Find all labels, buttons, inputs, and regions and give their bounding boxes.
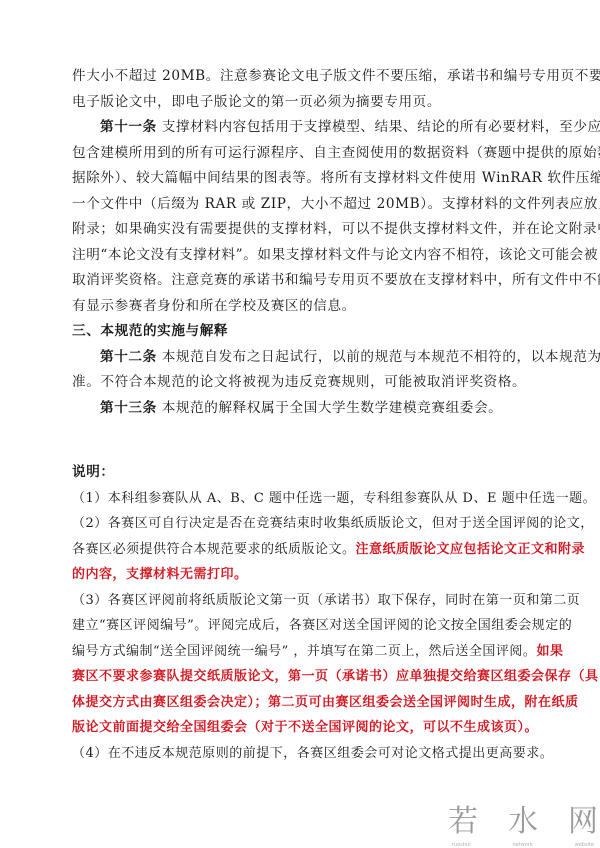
highlight-text: 注意纸质版论文应包括论文正文和附录 bbox=[356, 542, 586, 557]
article11-line-1: 第十一条 支撑材料内容包括用于支撑模型、结果、结论的所有必要材料，至少应 bbox=[72, 115, 534, 141]
article11-line-4: 一个文件中（后缀为 RAR 或 ZIP，大小不超过 20MB）。支撑材料的文件列… bbox=[72, 192, 534, 218]
article12-label: 第十二条 bbox=[100, 349, 157, 365]
section10-tail-line-2: 电子版论文中，即电子版论文的第一页必须为摘要专用页。 bbox=[72, 90, 534, 116]
watermark-char-1: 若 bbox=[448, 796, 478, 840]
note-item-3-line-3: 编号方式编制“送全国评阅统一编号” ，并填写在第二页上，然后送全国评阅。如果 bbox=[72, 639, 534, 665]
watermark-sub-1: ruoshui bbox=[452, 842, 471, 848]
document-page: 件大小不超过 20MB。注意参赛论文电子版文件不要压缩，承诺书和编号专用页不要放… bbox=[72, 64, 534, 766]
article12-line-2: 准。不符合本规范的论文将被视为违反竞赛规则，可能被取消评奖资格。 bbox=[72, 370, 534, 396]
highlight-text: 如果 bbox=[536, 644, 563, 659]
article13-label: 第十三条 bbox=[100, 400, 157, 416]
watermark-sub-3: website bbox=[575, 842, 594, 848]
spacer bbox=[72, 421, 534, 446]
article11-label: 第十一条 bbox=[100, 119, 157, 135]
article11-line-2: 包含建模所用到的所有可运行源程序、自主查阅使用的数据资料（赛题中提供的原始数 bbox=[72, 141, 534, 167]
note-item-3-line-2: 建立“赛区评阅编号”。评阅完成后，各赛区对送全国评阅的论文按全国组委会规定的 bbox=[72, 613, 534, 639]
note-item-1: （1）本科组参赛队从 A、B、C 题中任选一题，专科组参赛队从 D、E 题中任选… bbox=[72, 486, 534, 512]
note-item-2-line-3: 的内容，支撑材料无需打印。 bbox=[72, 562, 534, 588]
note-item-4: （4）在不违反本规范原则的前提下，各赛区组委会可对论文格式提出更高要求。 bbox=[72, 741, 534, 767]
note-item-3-line-6: 版论文前面提交给全国组委会（对于不送全国评阅的论文，可以不生成该页）。 bbox=[72, 715, 534, 741]
article11-line-5: 附录；如果确实没有需要提供的支撑材料，可以不提供支撑材料文件，并在论文附录中 bbox=[72, 217, 534, 243]
note-item-2-line-2: 各赛区必须提供符合本规范要求的纸质版论文。注意纸质版论文应包括论文正文和附录 bbox=[72, 537, 534, 563]
notes-title: 说明： bbox=[72, 460, 534, 486]
article11-line-7: 取消评奖资格。注意竞赛的承诺书和编号专用页不要放在支撑材料中，所有文件中不能 bbox=[72, 268, 534, 294]
article11-line-8: 有显示参赛者身份和所在学校及赛区的信息。 bbox=[72, 294, 534, 320]
note-item-3-line-4: 赛区不要求参赛队提交纸质版论文，第一页（承诺书）应单独提交给赛区组委会保存（具 bbox=[72, 664, 534, 690]
watermark-char-3: 网 bbox=[568, 796, 598, 840]
note-item-3-line-1: （3）各赛区评阅前将纸质版论文第一页（承诺书）取下保存，同时在第一页和第二页 bbox=[72, 588, 534, 614]
watermark-sub-2: network bbox=[512, 842, 532, 848]
watermark-char-2: 水 bbox=[508, 796, 538, 840]
article12-line-1: 第十二条 本规范自发布之日起试行，以前的规范与本规范不相符的，以本规范为 bbox=[72, 345, 534, 371]
article11-line-3: 据除外）、较大篇幅中间结果的图表等。将所有支撑材料文件使用 WinRAR 软件压… bbox=[72, 166, 534, 192]
note-item-3-line-5: 体提交方式由赛区组委会决定）；第二页可由赛区组委会送全国评阅时生成，附在纸质 bbox=[72, 690, 534, 716]
article13-line: 第十三条 本规范的解释权属于全国大学生数学建模竞赛组委会。 bbox=[72, 396, 534, 422]
note-item-2-line-1: （2）各赛区可自行决定是否在竞赛结束时收集纸质版论文，但对于送全国评阅的论文， bbox=[72, 511, 534, 537]
section3-heading: 三、本规范的实施与解释 bbox=[72, 319, 534, 345]
watermark-logo: 若 水 网 ruoshui network website bbox=[448, 796, 598, 848]
section10-tail-line-1: 件大小不超过 20MB。注意参赛论文电子版文件不要压缩，承诺书和编号专用页不要放… bbox=[72, 64, 534, 90]
article11-line-6: 注明“本论文没有支撑材料”。如果支撑材料文件与论文内容不相符，该论文可能会被 bbox=[72, 243, 534, 269]
